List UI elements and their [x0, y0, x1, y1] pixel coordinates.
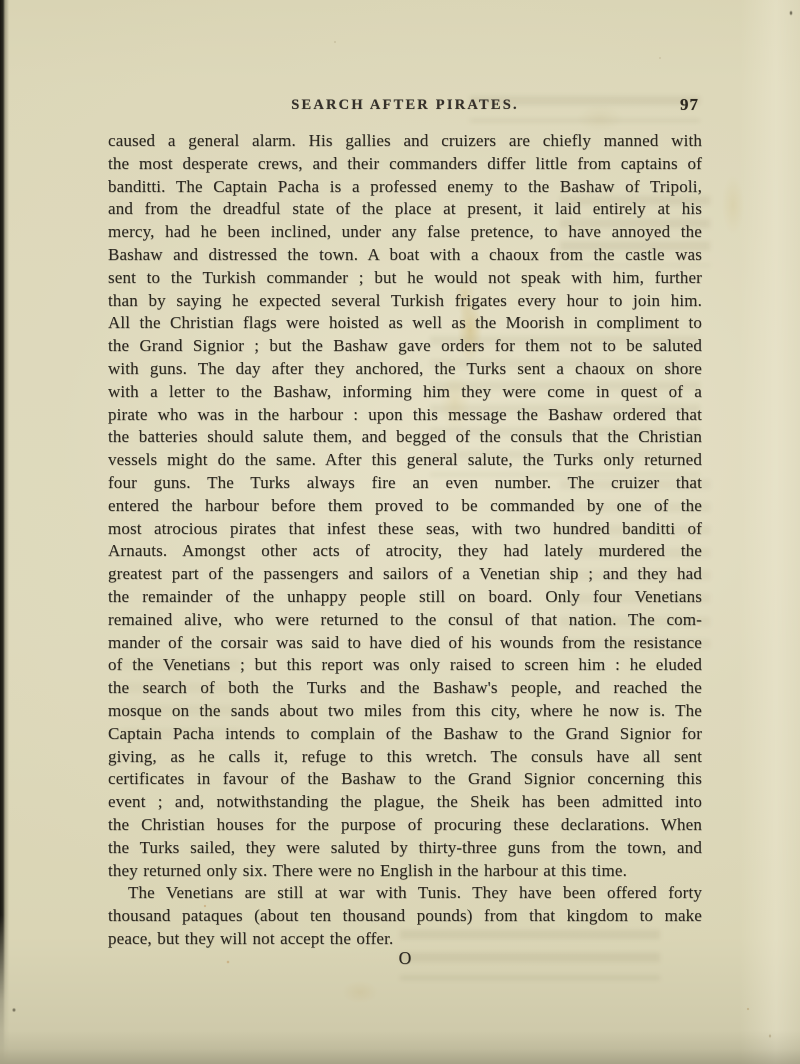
text-line: sent to the Turkish commander ; but he w…	[108, 267, 702, 290]
text-line: Bashaw and distressed the town. A boat w…	[108, 244, 702, 267]
text-line: entered the harbour before them proved t…	[108, 495, 702, 518]
text-line: most atrocious pirates that infest these…	[108, 518, 702, 541]
text-line: The Venetians are still at war with Tuni…	[108, 882, 702, 905]
text-line: and from the dreadful state of the place…	[108, 198, 702, 221]
signature-mark: O	[108, 948, 702, 969]
text-line: Arnauts. Amongst other acts of atrocity,…	[108, 540, 702, 563]
text-line: the Christian houses for the purpose of …	[108, 814, 702, 837]
paragraph: The Venetians are still at war with Tuni…	[108, 882, 702, 950]
page-curvature-highlight	[740, 0, 800, 1064]
text-line: the remainder of the unhappy people stil…	[108, 586, 702, 609]
text-line: mercy, had he been inclined, under any f…	[108, 221, 702, 244]
text-line: greatest part of the passengers and sail…	[108, 563, 702, 586]
body-text: caused a general alarm. His gallies and …	[108, 130, 702, 951]
scan-gutter-edge	[0, 0, 9, 1064]
text-line: giving, as he calls it, refuge to this w…	[108, 746, 702, 769]
text-line: four guns. The Turks always fire an even…	[108, 472, 702, 495]
text-line: with guns. The day after they anchored, …	[108, 358, 702, 381]
scanned-book-page: SEARCH AFTER PIRATES. 97 caused a genera…	[0, 0, 800, 1064]
text-line: they returned only six. There were no En…	[108, 860, 702, 883]
text-line: mosque on the sands about two miles from…	[108, 700, 702, 723]
text-line: remained alive, who were returned to the…	[108, 609, 702, 632]
paragraph: caused a general alarm. His gallies and …	[108, 130, 702, 882]
text-line: the search of both the Turks and the Bas…	[108, 677, 702, 700]
text-line: Captain Pacha intends to complain of the…	[108, 723, 702, 746]
text-line: caused a general alarm. His gallies and …	[108, 130, 702, 153]
text-line: event ; and, notwithstanding the plague,…	[108, 791, 702, 814]
text-line: of the Venetians ; but this report was o…	[108, 654, 702, 677]
text-line: the Grand Signior ; but the Bashaw gave …	[108, 335, 702, 358]
text-line: the batteries should salute them, and be…	[108, 426, 702, 449]
text-line: the Turks sailed, they were saluted by t…	[108, 837, 702, 860]
text-line: banditti. The Captain Pacha is a profess…	[108, 176, 702, 199]
text-line: thousand pataques (about ten thousand po…	[108, 905, 702, 928]
text-line: All the Christian flags were hoisted as …	[108, 312, 702, 335]
page-header: SEARCH AFTER PIRATES. 97	[108, 97, 702, 119]
running-title: SEARCH AFTER PIRATES.	[108, 97, 702, 114]
scan-bottom-shadow	[0, 1030, 800, 1064]
text-line: with a letter to the Bashaw, informing h…	[108, 381, 702, 404]
text-line: the most desperate crews, and their comm…	[108, 153, 702, 176]
text-line: vessels might do the same. After this ge…	[108, 449, 702, 472]
page-number: 97	[680, 95, 699, 115]
text-line: pirate who was in the harbour : upon thi…	[108, 404, 702, 427]
text-line: mander of the corsair was said to have d…	[108, 632, 702, 655]
text-line: than by saying he expected several Turki…	[108, 290, 702, 313]
text-line: certificates in favour of the Bashaw to …	[108, 768, 702, 791]
